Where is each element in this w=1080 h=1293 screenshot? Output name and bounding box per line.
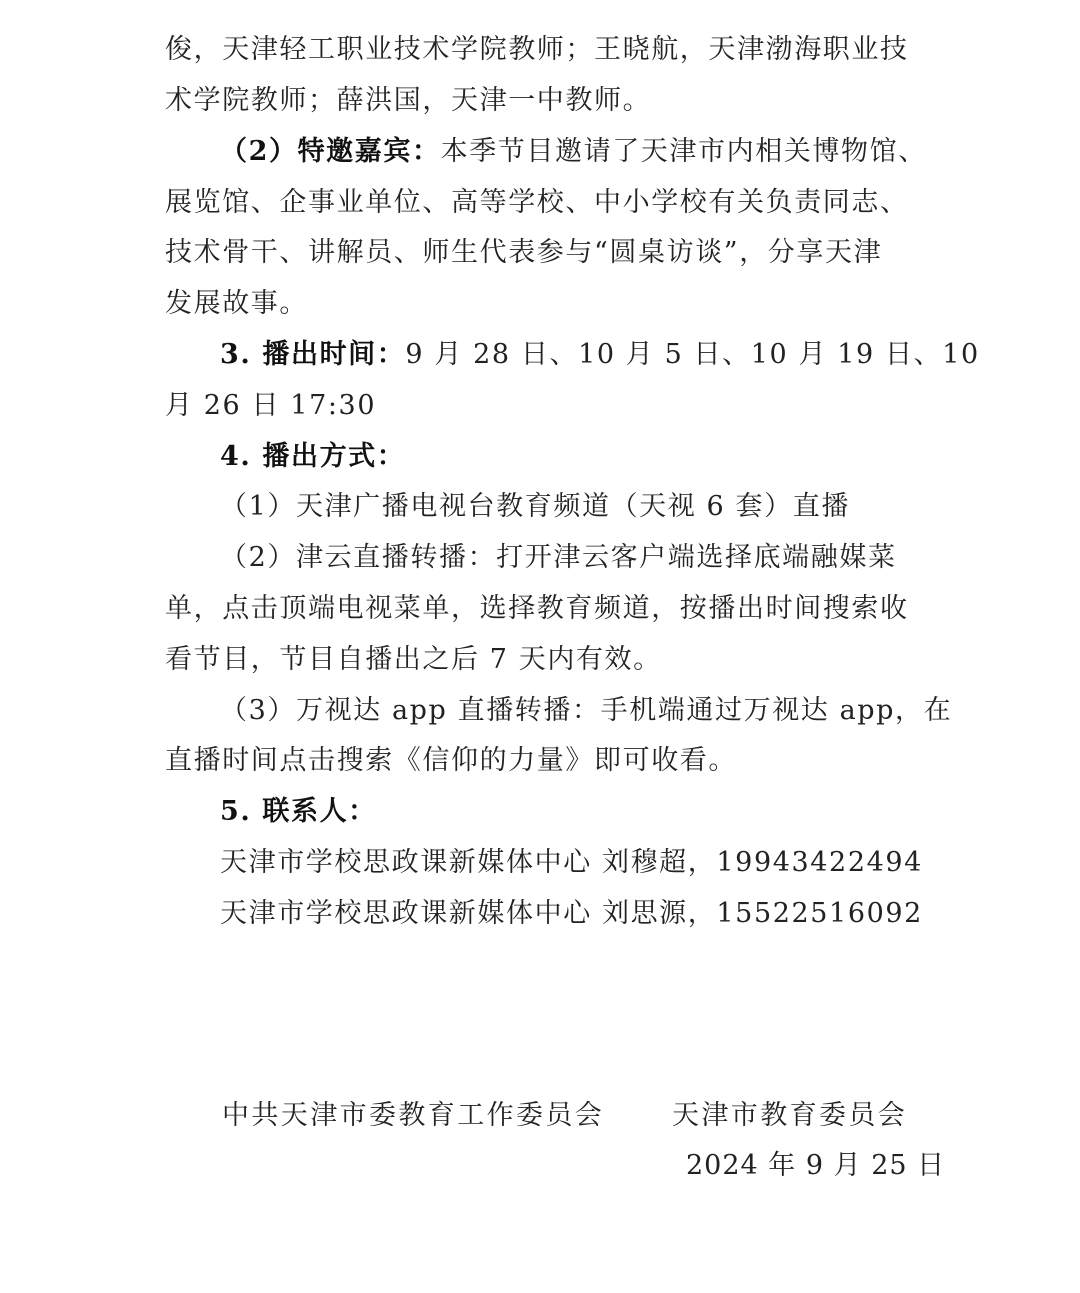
signature-date: 2024 年 9 月 25 日: [686, 1149, 945, 1183]
signature-org-education-commission: 天津市教育委员会: [672, 1099, 907, 1133]
contact-item: 天津市学校思政课新媒体中心 刘穆超，19943422494: [220, 846, 923, 880]
contact-item: 天津市学校思政课新媒体中心 刘思源，15522516092: [220, 897, 923, 931]
signature-org-party-committee: 中共天津市委教育工作委员会: [222, 1099, 604, 1133]
text-line: 技术骨干、讲解员、师生代表参与“圆桌访谈”，分享天津: [165, 236, 882, 270]
broadcast-method-heading: 4. 播出方式：: [220, 440, 405, 474]
text-line: 看节目，节目自播出之后 7 天内有效。: [165, 643, 662, 677]
text-line: 术学院教师；薛洪国，天津一中教师。: [165, 84, 651, 118]
text-line: 本季节目邀请了天津市内相关博物馆、: [441, 136, 927, 167]
text-line: （2）津云直播转播：打开津云客户端选择底端融媒菜: [220, 541, 897, 575]
broadcast-time-label: 3. 播出时间：: [220, 339, 405, 370]
contacts-heading: 5. 联系人：: [220, 795, 377, 829]
broadcast-time-paragraph: 3. 播出时间：9 月 28 日、10 月 5 日、10 月 19 日、10: [220, 338, 980, 372]
text-line: 发展故事。: [165, 287, 308, 321]
special-guests-label: （2）特邀嘉宾：: [220, 136, 441, 167]
text-line: （1）天津广播电视台教育频道（天视 6 套）直播: [220, 490, 850, 524]
text-line: 单，点击顶端电视菜单，选择教育频道，按播出时间搜索收: [165, 592, 909, 626]
text-line: 直播时间点击搜索《信仰的力量》即可收看。: [165, 744, 737, 778]
text-line: 展览馆、企事业单位、高等学校、中小学校有关负责同志、: [165, 186, 909, 220]
text-line: 9 月 28 日、10 月 5 日、10 月 19 日、10: [405, 339, 979, 370]
text-line: 俊，天津轻工职业技术学院教师；王晓航，天津渤海职业技: [165, 33, 909, 67]
document-page: 俊，天津轻工职业技术学院教师；王晓航，天津渤海职业技 术学院教师；薛洪国，天津一…: [0, 0, 1080, 1293]
text-line: 月 26 日 17:30: [165, 389, 376, 423]
special-guests-paragraph: （2）特邀嘉宾：本季节目邀请了天津市内相关博物馆、: [220, 135, 927, 169]
text-line: （3）万视达 app 直播转播：手机端通过万视达 app，在: [220, 694, 952, 728]
